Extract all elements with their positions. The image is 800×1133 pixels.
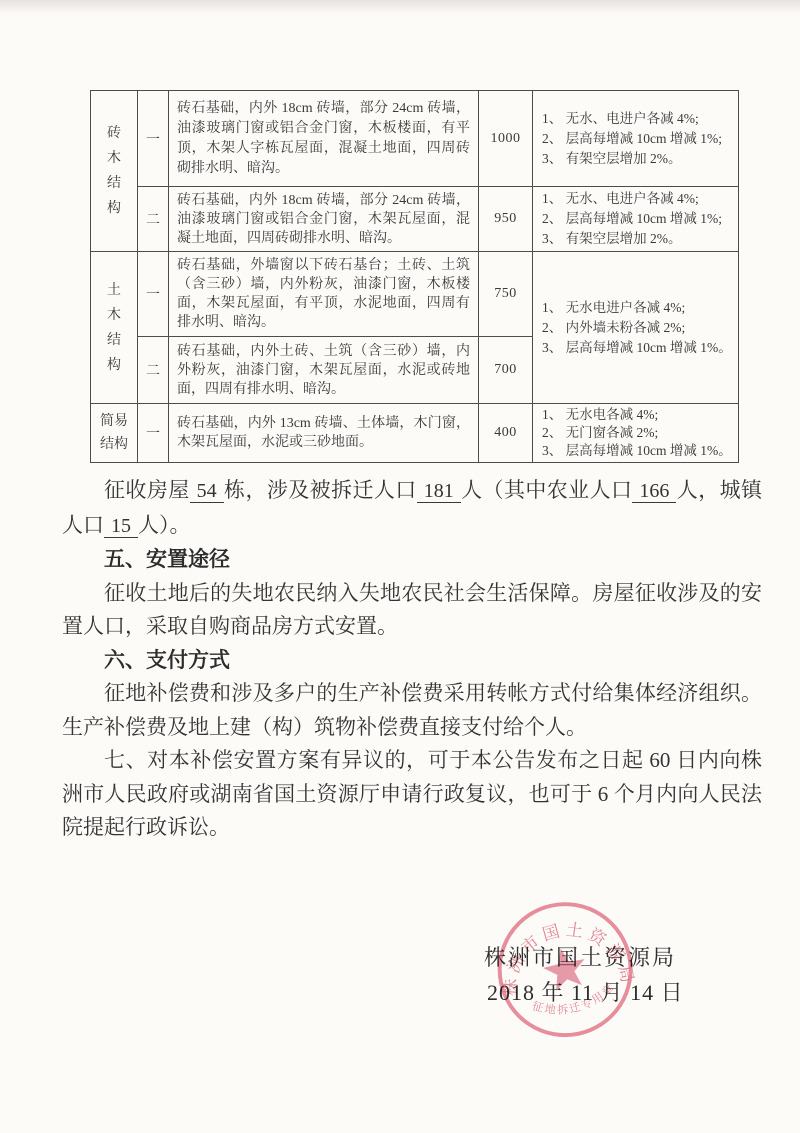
grade-cell: 一 (138, 404, 169, 463)
grade-cell: 一 (138, 252, 169, 337)
table-row: 简易结构 一 砖石基础，内外 13cm 砖墙、土体墙，木门窗，木架瓦屋面，水泥或… (91, 404, 739, 463)
note-line: 1、 无水、电进户各减 4%; (542, 109, 732, 129)
note-line: 2、 内外墙未粉各减 2%; (542, 318, 732, 338)
note-line: 3、 有架空层增加 2%。 (542, 229, 732, 249)
table-row: 二 砖石基础，内外 18cm 砖墙，部分 24cm 砖墙，油漆玻璃门窗或铝合金门… (91, 187, 739, 252)
filled-blank-houses: 54 (190, 480, 224, 503)
rate-cell: 700 (479, 337, 533, 404)
rate-cell: 400 (479, 404, 533, 463)
structure-label: 简易结构 (100, 410, 128, 456)
structure-label: 砖木结构 (107, 121, 121, 221)
description-cell: 砖石基础，外墙窗以下砖石基台；土砖、土筑（含三砂）墙，内外粉灰，油漆门窗，木板楼… (169, 252, 479, 337)
text-run: 人）。 (138, 513, 191, 537)
filled-blank-agricultural: 166 (632, 480, 676, 503)
document-body: 征收房屋54栋，涉及被拆迁人口181人（其中农业人口166人，城镇人口15人）。… (62, 474, 762, 845)
paragraph-resettlement: 征收土地后的失地农民纳入失地农民社会生活保障。房屋征收涉及的安置人口，采取自购商… (62, 577, 762, 644)
paragraph-house-count: 征收房屋54栋，涉及被拆迁人口181人（其中农业人口166人，城镇人口15人）。 (62, 474, 762, 543)
grade-cell: 一 (138, 91, 169, 187)
grade-cell: 二 (138, 187, 169, 252)
notes-cell: 1、 无水、电进户各减 4%; 2、 层高每增减 10cm 增减 1%; 3、 … (533, 187, 739, 252)
text-run: 人（其中农业人口 (461, 478, 633, 502)
note-line: 3、 层高每增减 10cm 增减 1%。 (542, 338, 732, 358)
official-seal: 株洲市国土资源局 征地拆迁专用章 (473, 882, 657, 1056)
grade-cell: 二 (138, 337, 169, 404)
section-heading-6: 六、支付方式 (62, 644, 762, 678)
filled-blank-urban: 15 (104, 515, 138, 538)
filled-blank-population: 181 (417, 480, 461, 503)
rate-cell: 950 (479, 187, 533, 252)
note-line: 1、 无水电进户各减 4%; (542, 298, 732, 318)
notes-cell: 1、 无水电各减 4%; 2、 无门窗各减 2%; 3、 层高每增减 10cm … (533, 404, 739, 463)
paragraph-objection: 七、对本补偿安置方案有异议的，可于本公告发布之日起 60 日内向株洲市人民政府或… (62, 744, 762, 845)
rate-cell: 750 (479, 252, 533, 337)
notes-cell: 1、 无水电进户各减 4%; 2、 内外墙未粉各减 2%; 3、 层高每增减 1… (533, 252, 739, 404)
document-page: 砖木结构 一 砖石基础，内外 18cm 砖墙，部分 24cm 砖墙，油漆玻璃门窗… (0, 0, 800, 1133)
note-line: 1、 无水、电进户各减 4%; (542, 189, 732, 209)
description-cell: 砖石基础，内外 18cm 砖墙，部分 24cm 砖墙，油漆玻璃门窗或铝合金门窗，… (169, 91, 479, 187)
note-line: 3、 有架空层增加 2%。 (542, 149, 732, 169)
description-cell: 砖石基础，内外 13cm 砖墙、土体墙，木门窗，木架瓦屋面，水泥或三砂地面。 (169, 404, 479, 463)
structure-cell-simple: 简易结构 (91, 404, 138, 463)
description-cell: 砖石基础，内外 18cm 砖墙，部分 24cm 砖墙，油漆玻璃门窗或铝合金门窗，… (169, 187, 479, 252)
structure-cell-brick-wood: 砖木结构 (91, 91, 138, 252)
text-run: 征收房屋 (104, 478, 190, 502)
red-star-icon (540, 944, 590, 992)
seal-bottom-text: 征地拆迁专用章 (528, 979, 621, 1024)
structure-cell-earth-wood: 土木结构 (91, 252, 138, 404)
table-row: 土木结构 一 砖石基础，外墙窗以下砖石基台；土砖、土筑（含三砂）墙，内外粉灰，油… (91, 252, 739, 337)
rate-cell: 1000 (479, 91, 533, 187)
structure-label: 土木结构 (107, 278, 121, 378)
table-row: 砖木结构 一 砖石基础，内外 18cm 砖墙，部分 24cm 砖墙，油漆玻璃门窗… (91, 91, 739, 187)
paragraph-payment: 征地补偿费和涉及多户的生产补偿费采用转帐方式付给集体经济组织。生产补偿费及地上建… (62, 677, 762, 744)
scan-artifact-top-edge (0, 0, 800, 14)
note-line: 1、 无水电各减 4%; (542, 406, 732, 424)
compensation-table: 砖木结构 一 砖石基础，内外 18cm 砖墙，部分 24cm 砖墙，油漆玻璃门窗… (90, 90, 739, 463)
text-run: 栋，涉及被拆迁人口 (224, 478, 417, 502)
note-line: 3、 层高每增减 10cm 增减 1%。 (542, 442, 732, 460)
note-line: 2、 无门窗各减 2%; (542, 424, 732, 442)
notes-cell: 1、 无水、电进户各减 4%; 2、 层高每增减 10cm 增减 1%; 3、 … (533, 91, 739, 187)
section-heading-5: 五、安置途径 (62, 543, 762, 577)
note-line: 2、 层高每增减 10cm 增减 1%; (542, 129, 732, 149)
description-cell: 砖石基础，内外土砖、土筑（含三砂）墙，内外粉灰，油漆门窗，木架瓦屋面，水泥或砖地… (169, 337, 479, 404)
note-line: 2、 层高每增减 10cm 增减 1%; (542, 209, 732, 229)
